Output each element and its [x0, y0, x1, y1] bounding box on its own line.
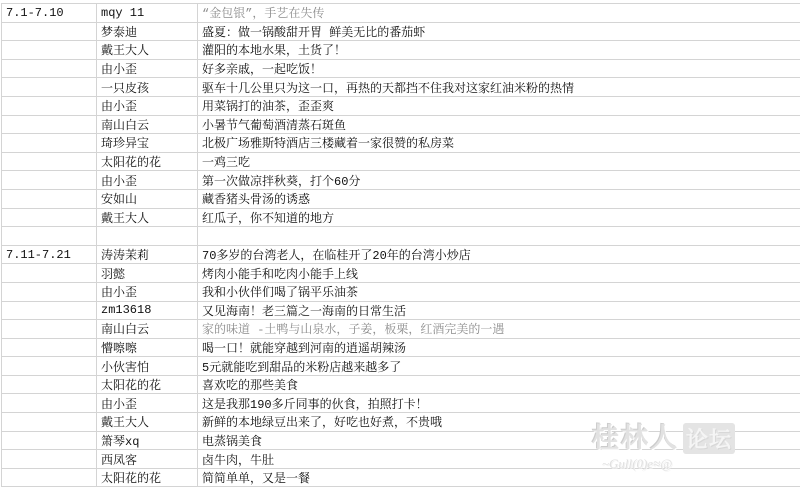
cell-title[interactable]: “金包银”，手艺在失传	[198, 4, 800, 22]
cell-date[interactable]	[2, 116, 97, 134]
cell-user[interactable]: 涛涛茉莉	[97, 246, 198, 264]
spreadsheet-sheet: 7.1-7.10mqy 11“金包银”，手艺在失传梦泰迪盛夏：做一锅酸甜开胃 鲜…	[0, 0, 800, 487]
cell-user[interactable]: 戴王大人	[97, 413, 198, 431]
cell-title[interactable]: 我和小伙伴们喝了锅平乐油茶	[198, 283, 800, 301]
cell-date[interactable]: 7.11-7.21	[2, 246, 97, 264]
cell-user[interactable]: zm13618	[97, 302, 198, 320]
cell-title[interactable]: 电蒸锅美食	[198, 432, 800, 450]
cell-user[interactable]: 由小歪	[97, 394, 198, 412]
table-row: 7.1-7.10mqy 11“金包银”，手艺在失传	[2, 4, 800, 23]
cell-user[interactable]: 一只皮孩	[97, 78, 198, 96]
table-row: 由小歪这是我那190多斤同事的伙食，拍照打卡！	[2, 394, 800, 413]
cell-date[interactable]	[2, 450, 97, 468]
cell-date[interactable]	[2, 264, 97, 282]
cell-date[interactable]	[2, 171, 97, 189]
table-row: 戴王大人灌阳的本地水果，土货了！	[2, 41, 800, 60]
table-row	[2, 227, 800, 246]
cell-title[interactable]: 卤牛肉，牛肚	[198, 450, 800, 468]
cell-date[interactable]	[2, 134, 97, 152]
cell-title[interactable]: 红瓜子，你不知道的地方	[198, 209, 800, 227]
cell-title[interactable]: 盛夏：做一锅酸甜开胃 鲜美无比的番茄虾	[198, 23, 800, 41]
cell-user[interactable]: 梦泰迪	[97, 23, 198, 41]
table-row: 懵嚓嚓喝一口！就能穿越到河南的逍遥胡辣汤	[2, 339, 800, 358]
cell-title[interactable]: 新鲜的本地绿豆出来了，好吃也好煮，不贵哦	[198, 413, 800, 431]
cell-title[interactable]: 喜欢吃的那些美食	[198, 376, 800, 394]
cell-title[interactable]: 第一次做凉拌秋葵，打个60分	[198, 171, 800, 189]
cell-date[interactable]	[2, 97, 97, 115]
table-row: 南山白云小暑节气葡萄酒清蒸石斑鱼	[2, 116, 800, 135]
table-row: 西凤客卤牛肉，牛肚	[2, 450, 800, 469]
table-row: 由小歪用菜锅打的油茶，歪歪爽	[2, 97, 800, 116]
cell-date[interactable]	[2, 78, 97, 96]
cell-user[interactable]: 懵嚓嚓	[97, 339, 198, 357]
cell-date[interactable]: 7.1-7.10	[2, 4, 97, 22]
table-row: 梦泰迪盛夏：做一锅酸甜开胃 鲜美无比的番茄虾	[2, 23, 800, 42]
cell-date[interactable]	[2, 413, 97, 431]
cell-user[interactable]: 由小歪	[97, 97, 198, 115]
cell-title[interactable]: 驱车十几公里只为这一口，再热的天都挡不住我对这家红油米粉的热情	[198, 78, 800, 96]
cell-date[interactable]	[2, 320, 97, 338]
cell-user[interactable]: 戴王大人	[97, 209, 198, 227]
cell-user[interactable]: 太阳花的花	[97, 153, 198, 171]
table-row: 由小歪第一次做凉拌秋葵，打个60分	[2, 171, 800, 190]
cell-date[interactable]	[2, 469, 97, 487]
cell-date[interactable]	[2, 23, 97, 41]
cell-title[interactable]: 小暑节气葡萄酒清蒸石斑鱼	[198, 116, 800, 134]
cell-title[interactable]: 灌阳的本地水果，土货了！	[198, 41, 800, 59]
cell-user[interactable]: 南山白云	[97, 320, 198, 338]
cell-date[interactable]	[2, 357, 97, 375]
cell-date[interactable]	[2, 227, 97, 245]
cell-date[interactable]	[2, 209, 97, 227]
cell-user[interactable]: 西凤客	[97, 450, 198, 468]
cell-title[interactable]: 用菜锅打的油茶，歪歪爽	[198, 97, 800, 115]
cell-title[interactable]: 北极广场雅斯特酒店三楼藏着一家很赞的私房菜	[198, 134, 800, 152]
table-row: 7.11-7.21涛涛茉莉70多岁的台湾老人，在临桂开了20年的台湾小炒店	[2, 246, 800, 265]
cell-title[interactable]: 简简单单，又是一餐	[198, 469, 800, 487]
cell-title[interactable]: 70多岁的台湾老人，在临桂开了20年的台湾小炒店	[198, 246, 800, 264]
table-row: 一只皮孩驱车十几公里只为这一口，再热的天都挡不住我对这家红油米粉的热情	[2, 78, 800, 97]
cell-user[interactable]: 羽懿	[97, 264, 198, 282]
table-row: 戴王大人红瓜子，你不知道的地方	[2, 209, 800, 228]
table-row: 由小歪好多亲戚，一起吃饭！	[2, 60, 800, 79]
cell-user[interactable]	[97, 227, 198, 245]
cell-date[interactable]	[2, 60, 97, 78]
cell-title[interactable]: 这是我那190多斤同事的伙食，拍照打卡！	[198, 394, 800, 412]
cell-user[interactable]: mqy 11	[97, 4, 198, 22]
cell-title[interactable]: 家的味道 -土鸭与山泉水，子姜，板栗，红酒完美的一遇	[198, 320, 800, 338]
table-row: 箫琴xq电蒸锅美食	[2, 432, 800, 451]
cell-date[interactable]	[2, 302, 97, 320]
table-row: 南山白云家的味道 -土鸭与山泉水，子姜，板栗，红酒完美的一遇	[2, 320, 800, 339]
cell-user[interactable]: 琦珍异宝	[97, 134, 198, 152]
cell-user[interactable]: 由小歪	[97, 283, 198, 301]
cell-user[interactable]: 由小歪	[97, 171, 198, 189]
table-row: 羽懿烤肉小能手和吃肉小能手上线	[2, 264, 800, 283]
cell-user[interactable]: 戴王大人	[97, 41, 198, 59]
cell-date[interactable]	[2, 190, 97, 208]
table-row: 小伙害怕5元就能吃到甜品的米粉店越来越多了	[2, 357, 800, 376]
table-row: 戴王大人新鲜的本地绿豆出来了，好吃也好煮，不贵哦	[2, 413, 800, 432]
cell-user[interactable]: 小伙害怕	[97, 357, 198, 375]
cell-user[interactable]: 太阳花的花	[97, 376, 198, 394]
table-row: 太阳花的花简简单单，又是一餐	[2, 469, 800, 487]
cell-date[interactable]	[2, 394, 97, 412]
cell-title[interactable]	[198, 227, 800, 245]
cell-date[interactable]	[2, 41, 97, 59]
cell-date[interactable]	[2, 376, 97, 394]
spreadsheet-grid: 7.1-7.10mqy 11“金包银”，手艺在失传梦泰迪盛夏：做一锅酸甜开胃 鲜…	[1, 3, 800, 487]
cell-user[interactable]: 由小歪	[97, 60, 198, 78]
cell-title[interactable]: 又见海南！老三篇之一海南的日常生活	[198, 302, 800, 320]
cell-user[interactable]: 安如山	[97, 190, 198, 208]
cell-title[interactable]: 好多亲戚，一起吃饭！	[198, 60, 800, 78]
cell-title[interactable]: 烤肉小能手和吃肉小能手上线	[198, 264, 800, 282]
table-row: 安如山藏香猪头骨汤的诱惑	[2, 190, 800, 209]
cell-user[interactable]: 太阳花的花	[97, 469, 198, 487]
table-row: zm13618又见海南！老三篇之一海南的日常生活	[2, 302, 800, 321]
cell-title[interactable]: 5元就能吃到甜品的米粉店越来越多了	[198, 357, 800, 375]
cell-date[interactable]	[2, 432, 97, 450]
table-row: 太阳花的花一鸡三吃	[2, 153, 800, 172]
cell-user[interactable]: 箫琴xq	[97, 432, 198, 450]
table-row: 琦珍异宝北极广场雅斯特酒店三楼藏着一家很赞的私房菜	[2, 134, 800, 153]
cell-date[interactable]	[2, 283, 97, 301]
table-row: 太阳花的花喜欢吃的那些美食	[2, 376, 800, 395]
cell-user[interactable]: 南山白云	[97, 116, 198, 134]
cell-date[interactable]	[2, 339, 97, 357]
cell-title[interactable]: 一鸡三吃	[198, 153, 800, 171]
cell-title[interactable]: 喝一口！就能穿越到河南的逍遥胡辣汤	[198, 339, 800, 357]
cell-date[interactable]	[2, 153, 97, 171]
cell-title[interactable]: 藏香猪头骨汤的诱惑	[198, 190, 800, 208]
table-row: 由小歪我和小伙伴们喝了锅平乐油茶	[2, 283, 800, 302]
